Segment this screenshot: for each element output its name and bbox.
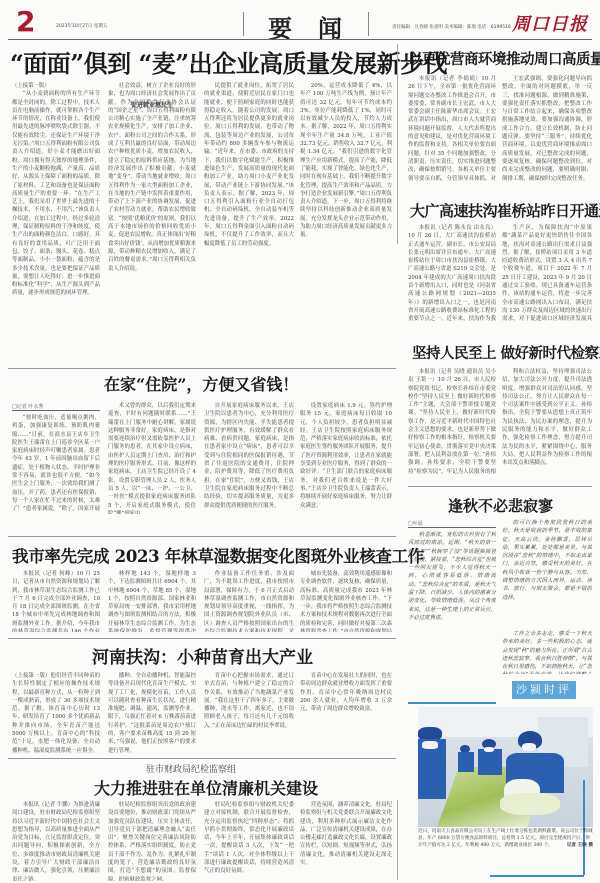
photo-caption: 近日，河南天玉食品有限公司员工在生产线上忙着分拣包装新鲜蔬菜。该公司位于郸城县，… xyxy=(418,828,593,849)
home-hospital-col4: 设置家庭病床 1.9 元，签约护理服务 15 元，家庭病床每日收取 10 元，个… xyxy=(300,402,392,514)
paragraph: 王宏武强调，要强化问题导向抓整改，全面的对问题摸底，举一反三，找准问题根源，做到… xyxy=(502,75,592,183)
discipline-kicker: 驻市财政局纪检监察组 xyxy=(146,762,236,775)
home-hospital-col1: “按时吃血压，适量喝点粥肉，鸡蛋，加强康复训练，预防肌肉萎缩……”日前，在商水县… xyxy=(12,414,100,514)
masthead: 2 2023年10月27日 星期五 要闻 责任编辑：凡春晓 张意明 美术编辑：陈… xyxy=(8,6,592,38)
paragraph: 自开展家庭病床服务以来，王店卫生院以患者为中心，充分利用医疗资源，为辖区内失能、… xyxy=(204,402,294,510)
lead-article-col4: 20%，运营成本降低了 4%，以年产 100 万吨生产线为例，预计年产值可达 3… xyxy=(300,82,392,318)
opinion-col1: 秋意渐浓，宽松的衣衫里有了秋风掠过的微凉。近期，“秋天的第一杯奶茶”“秋裤穿了没… xyxy=(408,531,496,671)
forestry-headline[interactable]: 我市率先完成 2023 年林草湿数据变化图斑外业核查工作 xyxy=(12,543,424,567)
procuratorate-col1: 本报讯（记者 吴晓 通讯员 吴小泉 王铭一）10 月 26 日，市人民检察院党组… xyxy=(408,368,496,476)
section-rule xyxy=(8,638,396,639)
opinion-byline: □叶晨 xyxy=(408,520,423,527)
column-divider xyxy=(397,800,398,880)
photo-frame-line xyxy=(408,702,496,704)
paragraph: 生产区，为保障扶沟“中原果都”蔬菜产品更好更快销售往全国各地，扶沟对高速公路出行… xyxy=(502,224,592,324)
byline-rule xyxy=(408,527,496,528)
section-rule xyxy=(408,486,592,487)
section-rule xyxy=(8,536,396,537)
paragraph: 育苗中心在发展壮大的同时，也在带动周边群众就业增收方面发挥了重要作用，育苗中心常… xyxy=(300,672,392,713)
paragraph: 秋意渐浓，宽松的衣衫里有了秋风掠过的微凉。近期，“秋天的第一杯奶茶”“秋裤穿了没… xyxy=(408,531,496,622)
paragraph: 本报讯（记者 陈永良 由永良）10 月 26 日，大广高速扶沟崔桥站正式通车运营… xyxy=(408,224,496,324)
fugou-col1: （上接第一版）他们经营不同种苗的生长特性制定了相应的操作技术规程，以最新育种方式… xyxy=(12,672,100,754)
fugou-col2: 播种、全自动播种机、智能温控等设备开启现代化育苗生产模式，实现了工厂化、规模化育… xyxy=(108,672,196,754)
column-divider xyxy=(397,44,398,244)
forestry-col3: 作业装备工作任务重、涉及面广，为不耽误工作进度，我市按照市局部署，保障有力，于 … xyxy=(204,570,294,632)
paragraph: 工作之余多走走，感受一下秋天带来的美好，多一些积极的心态，就会发现“秋”的魅力所… xyxy=(502,630,592,674)
photo-credit: 记者 王映 摄 xyxy=(567,842,593,849)
discipline-headline[interactable]: 大力推进驻在单位清廉机关建设 xyxy=(94,776,318,799)
expressway-col2: 生产区，为保障扶沟“中原果都”蔬菜产品更好更快销售往全国各地，扶沟对高速公路出行… xyxy=(502,224,592,324)
paragraph: 本报讯（记者 牛鹏）为推进清廉周口建设，驻市财政局纪检监察组坚持以习近平新时代中… xyxy=(12,801,100,881)
column-badge: 沙颍时评 xyxy=(512,681,576,699)
discipline-col1: 本报讯（记者 牛鹏）为推进清廉周口建设，驻市财政局纪检监察组坚持以习近平新时代中… xyxy=(12,801,100,881)
paragraph: （上接第一版）他们经营不同种苗的生长特性制定了相应的操作技术规程，以最新育种方式… xyxy=(12,672,100,754)
expressway-headline[interactable]: 大广高速扶沟崔桥站昨日开通运营 xyxy=(410,200,600,221)
byline-rule xyxy=(12,410,100,411)
issue-date: 2023年10月27日 星期五 xyxy=(56,23,107,29)
paper-logo: 周口日报 xyxy=(512,10,588,36)
forestry-col1: 本报讯（记者 何峰）10 月 25 日，记者从市自然资源和规划局了解到，我市林草… xyxy=(12,570,100,632)
lead-article-col3: 民提供了就业岗位，拓宽了居民的就业渠道，使附近居民在家门口也能就业，便于照顾家庭… xyxy=(204,82,294,318)
forestry-col2: 林样地 143 个，湿地样地 3 个，下达监测图斑共计 6904 个，其中林地 … xyxy=(108,570,196,632)
paragraph: “按时吃血压，适量喝点粥肉，鸡蛋，加强康复训练，预防肌肉萎缩……”日前，在商水县… xyxy=(12,414,100,514)
paragraph: 驻局纪检监察组突出党的政治建设首要地位，推动财政部门党组从严加强党员队伍建设，压… xyxy=(108,801,196,881)
opinion-col3: 工作之余多走走，感受一下秋天带来的美好，多一些积极的心态，就会发现“秋”的魅力所… xyxy=(502,630,592,674)
discipline-col4: 营造氛围，涵养清廉文化。驻局纪检监察组与机关党委联合开展廉政文化建设，利用多种形… xyxy=(300,801,392,881)
paragraph: 民提供了就业岗位，拓宽了居民的就业渠道，使附近居民在家门口也能就业，便于照顾家庭… xyxy=(204,82,294,248)
discipline-col2: 驻局纪检监察组突出党的政治建设首要地位，推动财政部门党组从严加强党员队伍建设，压… xyxy=(108,801,196,881)
section-rule xyxy=(8,758,396,759)
paragraph: 播种、全自动播种机、智能温控等设备开启现代化育苗生产模式，实现了工厂化、规模化育… xyxy=(108,672,196,754)
opinion-col2: 的可以换个角度欣赏秋日的美好。秋天是收获的季节，是丰收的象征。天高云淡，金桂飘香… xyxy=(502,519,592,629)
section-rule xyxy=(8,368,396,369)
business-env-col1: 本报讯（记者 李娟娟）10 月 26 日下午，全市第一批优化营商环境问题交办整改… xyxy=(408,75,496,183)
photo-frame-line xyxy=(490,875,584,877)
paragraph: “从小麦到面粉的所有生产环节都是全封闭的，除工过程中，技术人员在电脑前操作，就可… xyxy=(12,90,100,297)
paragraph: 营造氛围，涵养清廉文化。驻局纪检监察组与机关党委联合开展廉政文化建设，利用多种形… xyxy=(300,801,392,867)
paragraph: 设置家庭病床 1.9 元，签约护理服务 15 元，家庭病床每日收取 10 元，个… xyxy=(300,402,392,510)
masthead-rule xyxy=(8,39,592,40)
home-hospital-headline[interactable]: 在家“住院”，方便又省钱！ xyxy=(104,372,298,395)
paragraph: 本报讯（记者 何峰）10 月 25 日，记者从市自然资源和规划局了解到，我市林草… xyxy=(12,570,100,632)
opinion-headline[interactable]: 逢秋不必悲寂寥 xyxy=(448,495,553,516)
paragraph: 本报讯（记者 吴晓 通讯员 吴小泉 王铭一）10 月 26 日，市人民检察院党组… xyxy=(408,368,496,476)
paragraph: 作业装备工作任务重、涉及面广，为不耽误工作进度，我市按照市局部署，保障有力，于 … xyxy=(204,570,294,632)
continuation-note: （上接第一版） xyxy=(12,82,100,90)
masthead-divider xyxy=(368,12,369,36)
paragraph: 社会效益，树立了企业良好的形象，也为周口经济社会发展作出了贡献。作为全国粮食行业… xyxy=(108,82,196,273)
page-number: 2 xyxy=(16,6,35,38)
masthead-divider xyxy=(243,12,244,36)
procuratorate-col2: 利和合法权益，坚持理强司法公信，加大司法公开力度，提升司法透明度，增强群众对司法… xyxy=(502,368,592,476)
lead-headline[interactable]: “面面”俱到 “麦”出企业高质量发展新步伐 xyxy=(10,44,447,79)
paragraph: 城市先装备，高效利用遥感影像和专业调查软件，逐块复核，确保质量，高标准、高质量完… xyxy=(300,570,392,632)
paragraph: 的可以换个角度欣赏秋日的美好。秋天是收获的季节，是丰收的象征。天高云淡，金桂飘香… xyxy=(502,519,592,602)
home-hospital-byline: □记者 叶永秀 xyxy=(12,403,43,410)
paragraph: 林样地 143 个，湿地样地 3 个，下达监测图斑共计 6904 个，其中林地 … xyxy=(108,570,196,632)
lead-article-col2: 社会效益，树立了企业良好的形象，也为周口经济社会发展作出了贡献。作为全国粮食行业… xyxy=(108,82,196,318)
lead-article-col1: （上接第一版） “从小麦到面粉的所有生产环节都是全封闭的，除工过程中，技术人员在… xyxy=(12,82,100,318)
discipline-col3: 驻局纪检监察组与财政机关纪委建立对接机制，联合开展监督检查，充分运用监督执纪“四… xyxy=(204,801,294,881)
business-env-col2: 王宏武强调，要强化问题导向抓整改，全面的对问题摸底，举一反三，找准问题根源，做到… xyxy=(502,75,592,183)
home-hospital-col2: 术又曾的群众，以后我们定期来巡查，平时有问题随时联系……”王瑞蕾在上门服务中耐心… xyxy=(108,402,196,514)
business-env-headline[interactable]: 以更优营商环境推动周口高质量发展 xyxy=(408,48,600,69)
procuratorate-headline[interactable]: 坚持人民至上 做好新时代检察工作 xyxy=(412,342,600,363)
forestry-col4: 城市先装备，高效利用遥感影像和专业调查软件，逐块复核，确保质量，高标准、高质量完… xyxy=(300,570,392,632)
paragraph: 育苗中心把握市场需求，通过订单式育苗，与种植户建立了稳定的合作关系，有效推动了当… xyxy=(204,672,294,730)
expressway-col1: 本报讯（记者 陈永良 由永良）10 月 26 日，大广高速扶沟崔桥站正式通车运营… xyxy=(408,224,496,324)
fugou-col4: 育苗中心在发展壮大的同时，也在带动周边群众就业增收方面发挥了重要作用，育苗中心常… xyxy=(300,672,392,754)
home-hospital-col3: 自开展家庭病床服务以来，王店卫生院以患者为中心，充分利用医疗资源，为辖区内失能、… xyxy=(204,402,294,514)
fugou-col3: 育苗中心把握市场需求，通过订单式育苗，与种植户建立了稳定的合作关系，有效推动了当… xyxy=(204,672,294,754)
paragraph: 本报讯（记者 李娟娟）10 月 26 日下午，全市第一批优化营商环境问题交办整改… xyxy=(408,75,496,183)
factory-photo xyxy=(418,707,593,827)
paragraph: 术又曾的群众，以后我们定期来巡查，平时有问题随时联系……”王瑞蕾在上门服务中耐心… xyxy=(108,402,196,514)
paragraph: 利和合法权益，坚持理强司法公信，加大司法公开力度，提升司法透明度，增强群众对司法… xyxy=(502,368,592,468)
paragraph: 驻局纪检监察组与财政机关纪委建立对接机制，联合开展监督检查，充分运用监督执纪“四… xyxy=(204,801,294,876)
editor-credits: 责任编辑：凡春晓 张意明 美术编辑：陈瑞 电话：6199516 xyxy=(392,24,511,30)
fugou-headline[interactable]: 河南扶沟：小种苗育出大产业 xyxy=(92,643,313,668)
paragraph: 20%，运营成本降低了 4%，以年产 100 万吨生产线为例，预计年产值可达 3… xyxy=(300,82,392,240)
